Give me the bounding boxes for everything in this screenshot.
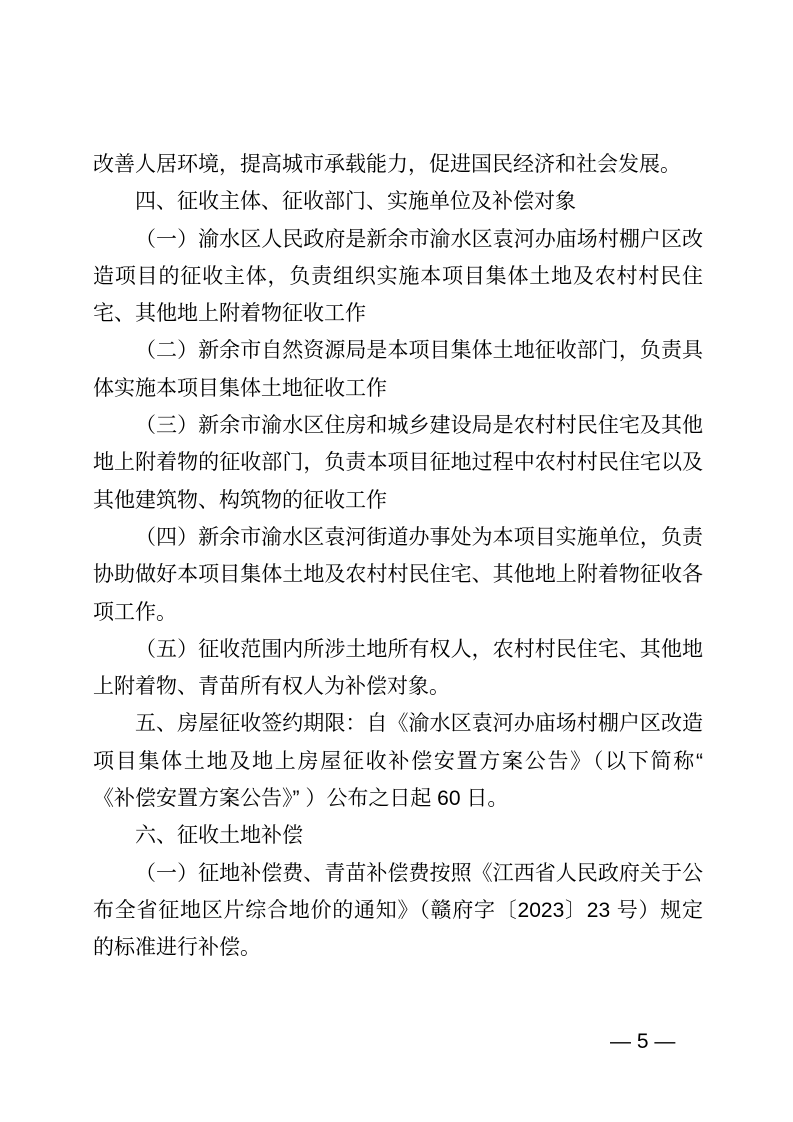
paragraph-item-6-1: （一）征地补偿费、青苗补偿费按照《江西省人民政府关于公布全省征地区片综合地价的通…	[93, 855, 703, 967]
page-number: — 5 —	[610, 1023, 675, 1060]
heading-section-6: 六、征收土地补偿	[93, 817, 703, 854]
document-page: 改善人居环境，提高城市承载能力，促进国民经济和社会发展。 四、征收主体、征收部门…	[0, 0, 793, 1122]
heading-section-4: 四、征收主体、征收部门、实施单位及补偿对象	[93, 183, 703, 220]
paragraph-continuation: 改善人居环境，提高城市承载能力，促进国民经济和社会发展。	[93, 146, 703, 183]
paragraph-item-2: （二）新余市自然资源局是本项目集体土地征收部门，负责具体实施本项目集体土地征收工…	[93, 332, 703, 407]
paragraph-item-5: （五）征收范围内所涉土地所有权人，农村村民住宅、其他地上附着物、青苗所有权人为补…	[93, 631, 703, 706]
paragraph-item-1: （一）渝水区人民政府是新余市渝水区袁河办庙场村棚户区改造项目的征收主体，负责组织…	[93, 221, 703, 333]
document-body: 改善人居环境，提高城市承载能力，促进国民经济和社会发展。 四、征收主体、征收部门…	[93, 146, 703, 967]
heading-section-5: 五、房屋征收签约期限：自《渝水区袁河办庙场村棚户区改造项目集体土地及地上房屋征收…	[93, 705, 703, 817]
paragraph-item-3: （三）新余市渝水区住房和城乡建设局是农村村民住宅及其他地上附着物的征收部门，负责…	[93, 407, 703, 519]
paragraph-item-4: （四）新余市渝水区袁河街道办事处为本项目实施单位，负责协助做好本项目集体土地及农…	[93, 519, 703, 631]
